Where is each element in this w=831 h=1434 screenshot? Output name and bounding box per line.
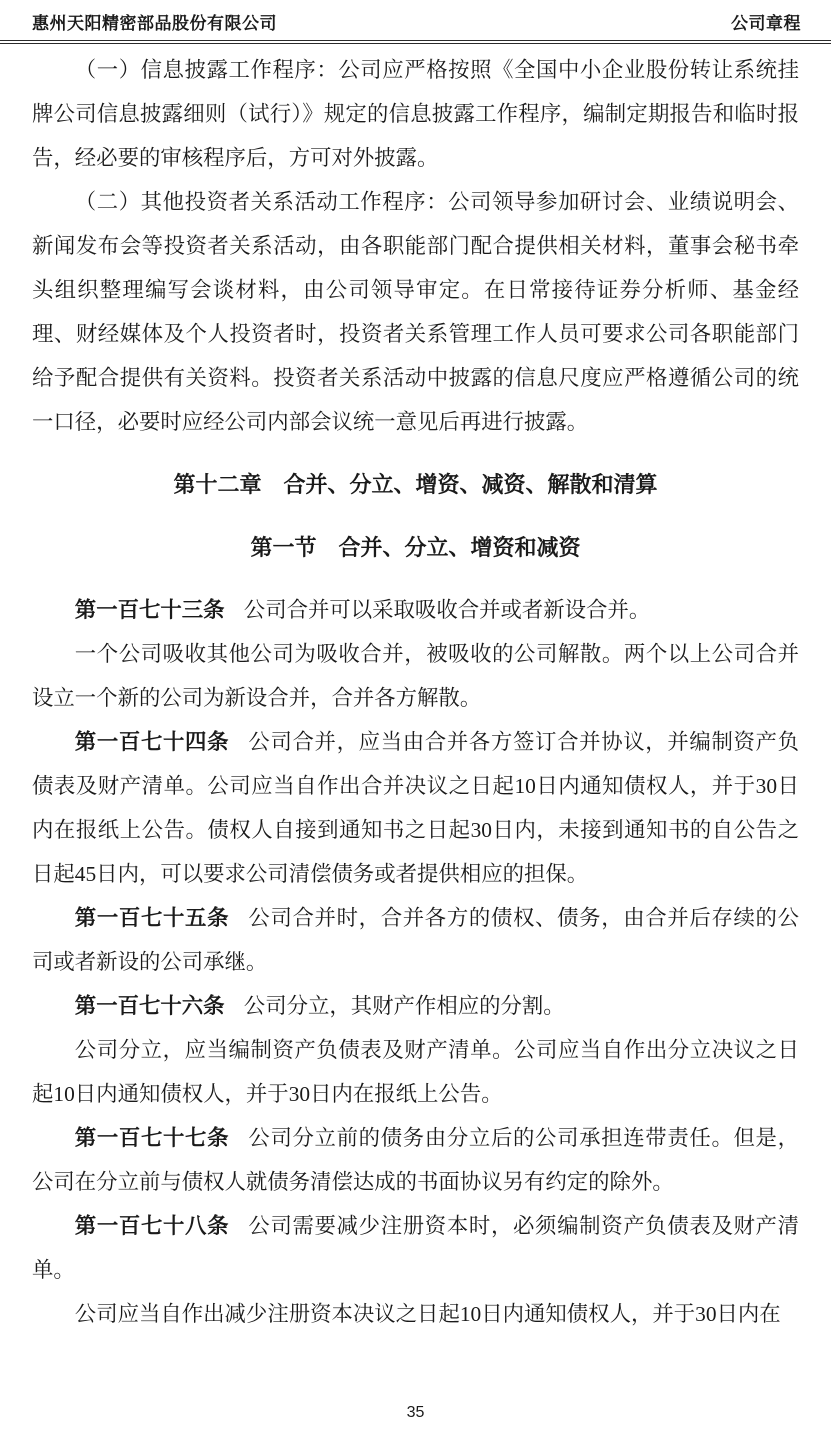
- header-company-name: 惠州天阳精密部品股份有限公司: [32, 9, 277, 34]
- page-number: 35: [0, 1404, 831, 1422]
- article-text: 公司合并可以采取吸收合并或者新设合并。: [244, 598, 650, 622]
- article-number: 第一百七十八条: [75, 1214, 229, 1238]
- paragraph: （二）其他投资者关系活动工作程序：公司领导参加研讨会、业绩说明会、新闻发布会等投…: [32, 180, 799, 444]
- section-title: 合并、分立、增资和减资: [339, 535, 581, 560]
- document-body: （一）信息披露工作程序：公司应严格按照《全国中小企业股份转让系统挂牌公司信息披露…: [0, 44, 831, 1336]
- article-paragraph: 第一百七十八条公司需要减少注册资本时，必须编制资产负债表及财产清单。: [32, 1204, 799, 1292]
- article-number: 第一百七十七条: [75, 1126, 229, 1150]
- article-paragraph: 第一百七十三条公司合并可以采取吸收合并或者新设合并。: [32, 588, 799, 632]
- article-paragraph: 第一百七十五条公司合并时，合并各方的债权、债务，由合并后存续的公司或者新设的公司…: [32, 896, 799, 984]
- chapter-title: 合并、分立、增资、减资、解散和清算: [284, 472, 658, 497]
- paragraph: 公司应当自作出减少注册资本决议之日起10日内通知债权人，并于30日内在: [32, 1292, 799, 1336]
- page-header: 惠州天阳精密部品股份有限公司 公司章程: [0, 0, 831, 40]
- article-number: 第一百七十三条: [75, 598, 225, 622]
- paragraph: （一）信息披露工作程序：公司应严格按照《全国中小企业股份转让系统挂牌公司信息披露…: [32, 48, 799, 180]
- header-doc-title: 公司章程: [731, 9, 801, 34]
- article-number: 第一百七十五条: [75, 906, 229, 930]
- article-paragraph: 第一百七十六条公司分立，其财产作相应的分割。: [32, 984, 799, 1028]
- article-text: 公司分立，其财产作相应的分割。: [244, 994, 565, 1018]
- article-number: 第一百七十六条: [75, 994, 225, 1018]
- article-paragraph: 第一百七十七条公司分立前的债务由分立后的公司承担连带责任。但是，公司在分立前与债…: [32, 1116, 799, 1204]
- article-number: 第一百七十四条: [75, 730, 229, 754]
- section-number: 第一节: [250, 535, 316, 560]
- paragraph: 公司分立，应当编制资产负债表及财产清单。公司应当自作出分立决议之日起10日内通知…: [32, 1028, 799, 1116]
- chapter-heading: 第十二章合并、分立、增资、减资、解散和清算: [32, 463, 799, 507]
- section-heading: 第一节合并、分立、增资和减资: [32, 526, 799, 570]
- paragraph: 一个公司吸收其他公司为吸收合并，被吸收的公司解散。两个以上公司合并设立一个新的公…: [32, 632, 799, 720]
- article-paragraph: 第一百七十四条公司合并，应当由合并各方签订合并协议，并编制资产负债表及财产清单。…: [32, 720, 799, 896]
- chapter-number: 第十二章: [173, 472, 261, 497]
